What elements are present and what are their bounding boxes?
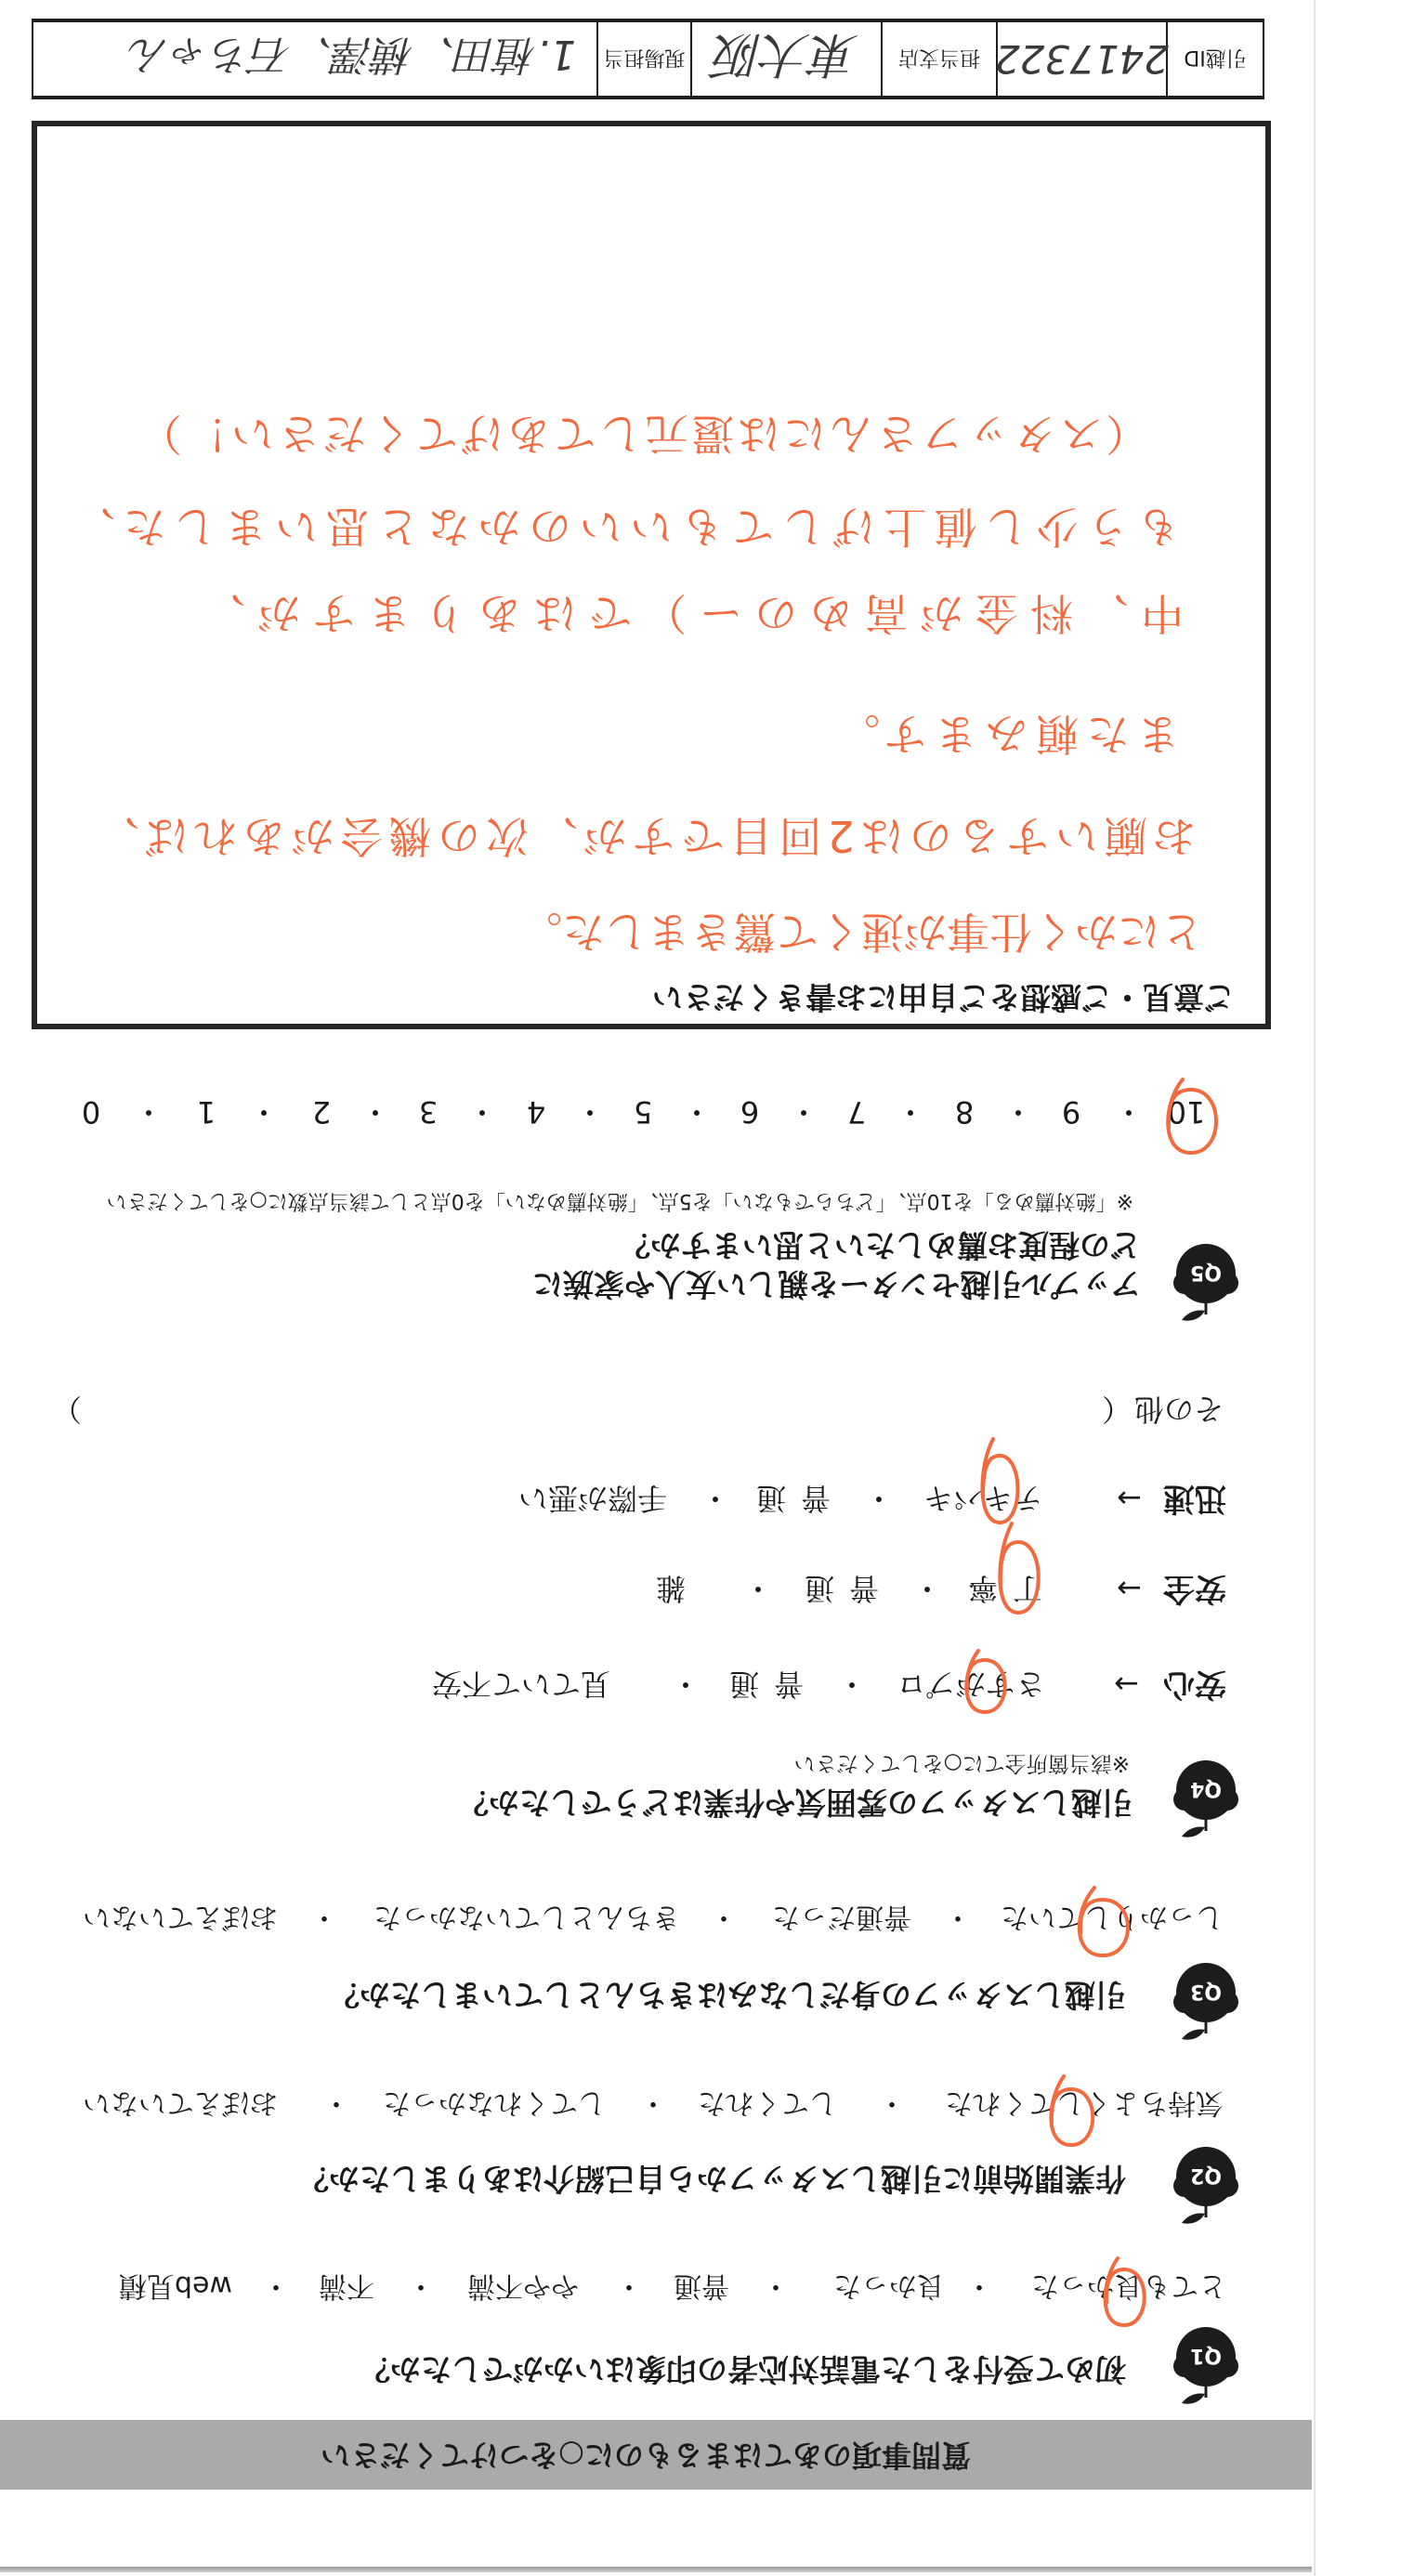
q1-option-web-estimate[interactable]: web見積 [119,2271,232,2299]
staff-value: 1.植田、横澤、石ちゃん [128,30,576,89]
q5-score-8[interactable]: 8 [936,1097,992,1127]
separator-dot: ・ [669,1097,725,1127]
separator-dot: ・ [700,1484,730,1513]
q4-question: 引越しスタッフの雰囲気や作業はどうでしたか？ [458,1787,1133,1818]
q4-speed-option-brisk[interactable]: テキパキ [923,1484,1042,1513]
q4-row-label-speed: 迅速 [1163,1483,1226,1514]
q3-question: 引越しスタッフの身だしなみはきちんとしていましたか？ [329,1980,1126,2010]
q5-score-7[interactable]: 7 [829,1097,884,1127]
q5-score-5[interactable]: 5 [615,1097,671,1127]
separator-dot: ・ [864,1484,894,1513]
q5-score-3[interactable]: 3 [400,1097,456,1127]
separator-dot: ・ [562,1097,618,1127]
q2-question: 作業開始前に引越しスタッフから自己紹介はありましたか？ [298,2164,1126,2194]
move-id-label: 引越ID [1184,45,1246,73]
staff-label-cell: 現場担当 [596,22,690,96]
q2-option-dont-remember[interactable]: おぼえていない [83,2088,278,2116]
scan-shadow [0,2567,1312,2572]
q4-other-open-paren: （ [1102,1394,1132,1424]
svg-text:Q5: Q5 [1190,1261,1222,1284]
q5-score-6[interactable]: 6 [722,1097,778,1127]
q4-speed-option-clumsy[interactable]: 手際が悪い [518,1484,667,1513]
apple-badge-icon: Q2 [1164,2145,1248,2229]
separator-dot: ・ [965,2271,993,2299]
q1-option-average[interactable]: 普通 [674,2271,729,2299]
separator-dot: ・ [990,1097,1046,1127]
svg-text:Q3: Q3 [1190,1980,1222,2003]
q3-badge: Q3 [1164,1961,1248,2045]
office-info-table: 引越ID 2417322 担当支店 東大阪 現場担当 1.植田、横澤、石ちゃん [32,19,1264,99]
separator-dot: ・ [615,2271,643,2299]
q2-badge: Q2 [1164,2145,1248,2229]
move-id-cell: 2417322 [996,22,1166,96]
q4-speed-option-average[interactable]: 普通 [741,1484,831,1513]
separator-dot: ・ [262,2271,290,2299]
q4-reassurance-option-average[interactable]: 普通 [714,1669,804,1699]
branch-label-cell: 担当支店 [881,22,996,96]
staff-label: 現場担当 [604,45,686,73]
q3-option-neat[interactable]: しっかりしていた [1001,1903,1224,1930]
separator-dot: ・ [776,1097,831,1127]
survey-sheet: 質問事項のあてはまるものに○をつけてください Q1 初めて受付をした電話対応者の… [0,0,1401,2576]
q5-question-line1: アップル引越センターを親しい友人や家族に [532,1269,1141,1300]
separator-dot: ・ [743,1574,773,1603]
q3-option-not-neat[interactable]: きちんとしていなかった [373,1903,680,1930]
separator-dot: ・ [347,1097,403,1127]
apple-badge-icon: Q5 [1164,1242,1248,1326]
q5-score-10[interactable]: 10 [1159,1097,1214,1127]
separator-dot: ・ [121,1097,177,1127]
svg-text:Q2: Q2 [1190,2164,1222,2187]
separator-dot: ・ [837,1669,867,1699]
separator-dot: ・ [671,1669,700,1699]
q3-option-dont-remember[interactable]: おぼえていない [83,1903,278,1930]
comment-line-4: 中、料金が高めのー）ではありますが、 [203,592,1184,634]
q2-option-no[interactable]: してくれなかった [383,2088,606,2116]
separator-dot: ・ [310,1903,338,1930]
q2-option-yes[interactable]: してくれた [698,2088,837,2116]
q4-safety-option-average[interactable]: 普通 [790,1574,879,1603]
q4-reassurance-option-anxious[interactable]: 見ていて不安 [432,1669,610,1699]
branch-cell: 東大阪 [690,22,881,96]
q5-score-1[interactable]: 1 [178,1097,234,1127]
svg-text:Q1: Q1 [1190,2344,1222,2367]
apple-badge-icon: Q4 [1164,1759,1248,1842]
comment-box[interactable] [32,121,1271,1029]
q4-safety-option-rough[interactable]: 雑 [656,1574,686,1603]
comment-title: ご意見・ご感想をご自由にお書きください [652,982,1235,1013]
apple-badge-icon: Q1 [1164,2325,1248,2409]
q4-other-input[interactable] [100,1394,1085,1424]
q4-note: ※該当箇所全てに○をしてください [794,1752,1130,1773]
q5-note: ※「絶対薦める」を10点、「どちらでもない」を5点、「絶対薦めない」を0点として… [107,1190,1133,1210]
separator-dot: ・ [639,2088,667,2116]
comment-line-2: お願いするのは2回目ですが、次の機会があれば、 [97,815,1196,857]
move-id-label-cell: 引越ID [1166,22,1263,96]
q1-option-very-good[interactable]: とても良かった [1031,2271,1226,2299]
separator-dot: ・ [710,1903,738,1930]
q4-other-label: その他 [1134,1394,1224,1424]
comment-line-3: また頼みます。 [837,713,1180,755]
q5-score-2[interactable]: 2 [294,1097,349,1127]
q5-score-4[interactable]: 4 [508,1097,564,1127]
separator-dot: ・ [762,2271,790,2299]
q1-question: 初めて受付をした電話対応者の印象はいかがでしたか？ [360,2354,1126,2385]
q5-score-9[interactable]: 9 [1043,1097,1099,1127]
q1-option-good[interactable]: 良かった [833,2271,945,2299]
separator-dot: ・ [1101,1097,1157,1127]
paper-edge [1314,0,1316,2576]
branch-value: 東大阪 [714,24,859,94]
q4-badge: Q4 [1164,1759,1248,1842]
arrow-right-icon: → [1117,1484,1142,1513]
separator-dot: ・ [454,1097,510,1127]
arrow-right-icon: → [1117,1574,1142,1603]
q4-safety-option-careful[interactable]: 丁寧 [953,1574,1042,1603]
comment-line-6: （スタッフさんには還元してあげてください！） [139,412,1148,455]
q5-badge: Q5 [1164,1242,1248,1326]
comment-line-5: もう少し値上げしてもいいのかなと思いました、 [72,505,1180,548]
arrow-right-icon: → [1114,1669,1139,1699]
q2-option-gladly[interactable]: 気持ちよくしてくれた [945,2088,1224,2116]
separator-dot: ・ [407,2271,435,2299]
separator-dot: ・ [912,1574,942,1603]
separator-dot: ・ [944,1903,972,1930]
branch-label: 担当支店 [898,45,980,73]
comment-line-1: とにかく仕事が速くて驚きました。 [526,910,1203,953]
q3-option-average[interactable]: 普通だった [772,1903,911,1930]
instruction-text: 質問事項のあてはまるものに○をつけてください [321,2440,971,2470]
q4-other-close-paren: ） [52,1394,82,1424]
svg-text:Q4: Q4 [1190,1777,1222,1800]
q5-score-0[interactable]: 0 [63,1097,119,1127]
separator-dot: ・ [878,2088,906,2116]
q4-row-label-safety: 安全 [1163,1573,1226,1604]
separator-dot: ・ [322,2088,350,2116]
q4-row-label-reassurance: 安心 [1163,1668,1226,1700]
q1-badge: Q1 [1164,2325,1248,2409]
apple-badge-icon: Q3 [1164,1961,1248,2045]
q1-option-somewhat-dissatisfied[interactable]: やや不満 [467,2271,579,2299]
q1-option-dissatisfied[interactable]: 不満 [319,2271,374,2299]
move-id-value: 2417322 [995,36,1169,82]
separator-dot: ・ [883,1097,938,1127]
q4-reassurance-option-professional[interactable]: さすがプロ [897,1669,1045,1699]
separator-dot: ・ [236,1097,292,1127]
q5-question-line2: どの程度お薦めしたいと思いますか？ [620,1230,1141,1261]
staff-cell: 1.植田、横澤、石ちゃん [33,22,596,96]
